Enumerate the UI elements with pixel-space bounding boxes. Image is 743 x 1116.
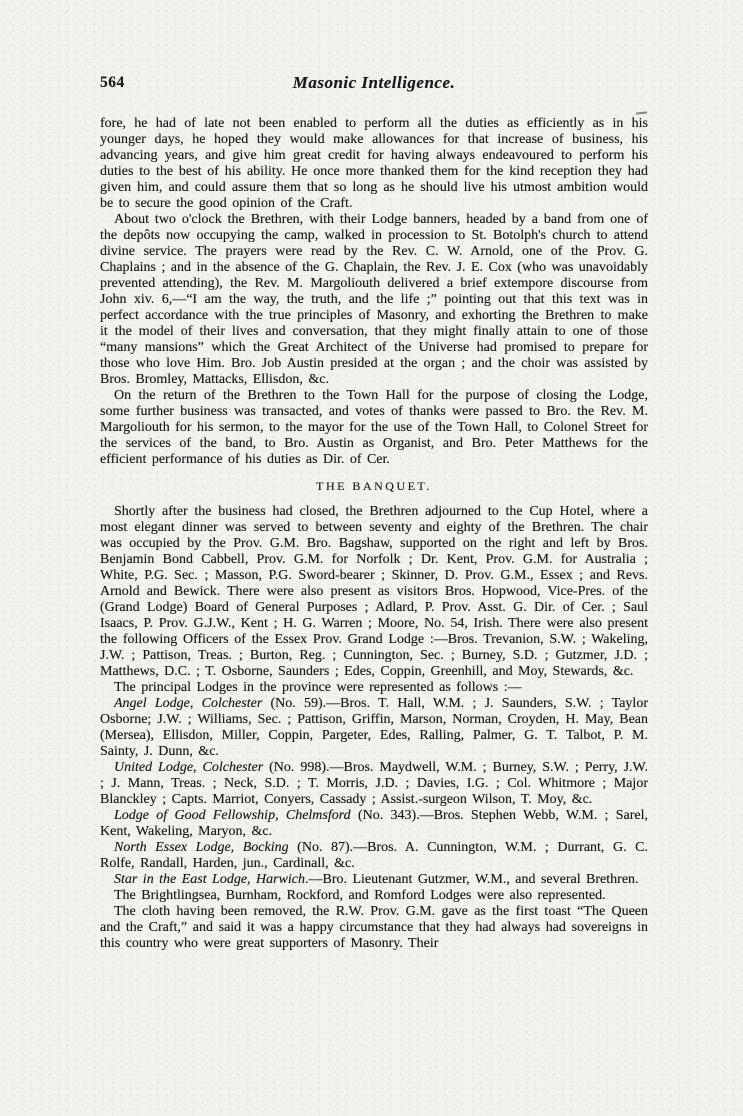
paragraph: On the return of the Brethren to the Tow… [100,388,648,468]
paragraph: About two o'clock the Brethren, with the… [100,212,648,388]
running-title: Masonic Intelligence. [100,73,648,93]
lodge-name: Star in the East Lodge, Harwich [114,872,305,887]
lodge-name: North Essex Lodge, Bocking [114,840,289,855]
page-body: fore, he had of late not been enabled to… [100,116,648,952]
scanned-document-page: 564 Masonic Intelligence. fore, he had o… [0,0,743,1116]
paragraph: Star in the East Lodge, Harwich.—Bro. Li… [100,872,648,888]
paragraph: Lodge of Good Fellowship, Chelmsford (No… [100,808,648,840]
paragraph: The cloth having been removed, the R.W. … [100,904,648,952]
paragraph: The Brightlingsea, Burnham, Rockford, an… [100,888,648,904]
scan-artifact-mark [636,111,647,114]
section-heading: THE BANQUET. [100,479,648,494]
paragraph: United Lodge, Colchester (No. 998).—Bros… [100,760,648,808]
paragraph: North Essex Lodge, Bocking (No. 87).—Bro… [100,840,648,872]
paragraph: The principal Lodges in the province wer… [100,680,648,696]
page-header: 564 Masonic Intelligence. [100,74,648,96]
paragraph: Angel Lodge, Colchester (No. 59).—Bros. … [100,696,648,760]
lodge-name: United Lodge, Colchester [114,760,263,775]
lodge-name: Angel Lodge, Colchester [114,696,262,711]
lodge-name: Lodge of Good Fellowship, Chelmsford [114,808,351,823]
paragraph: fore, he had of late not been enabled to… [100,116,648,212]
paragraph: Shortly after the business had closed, t… [100,504,648,680]
